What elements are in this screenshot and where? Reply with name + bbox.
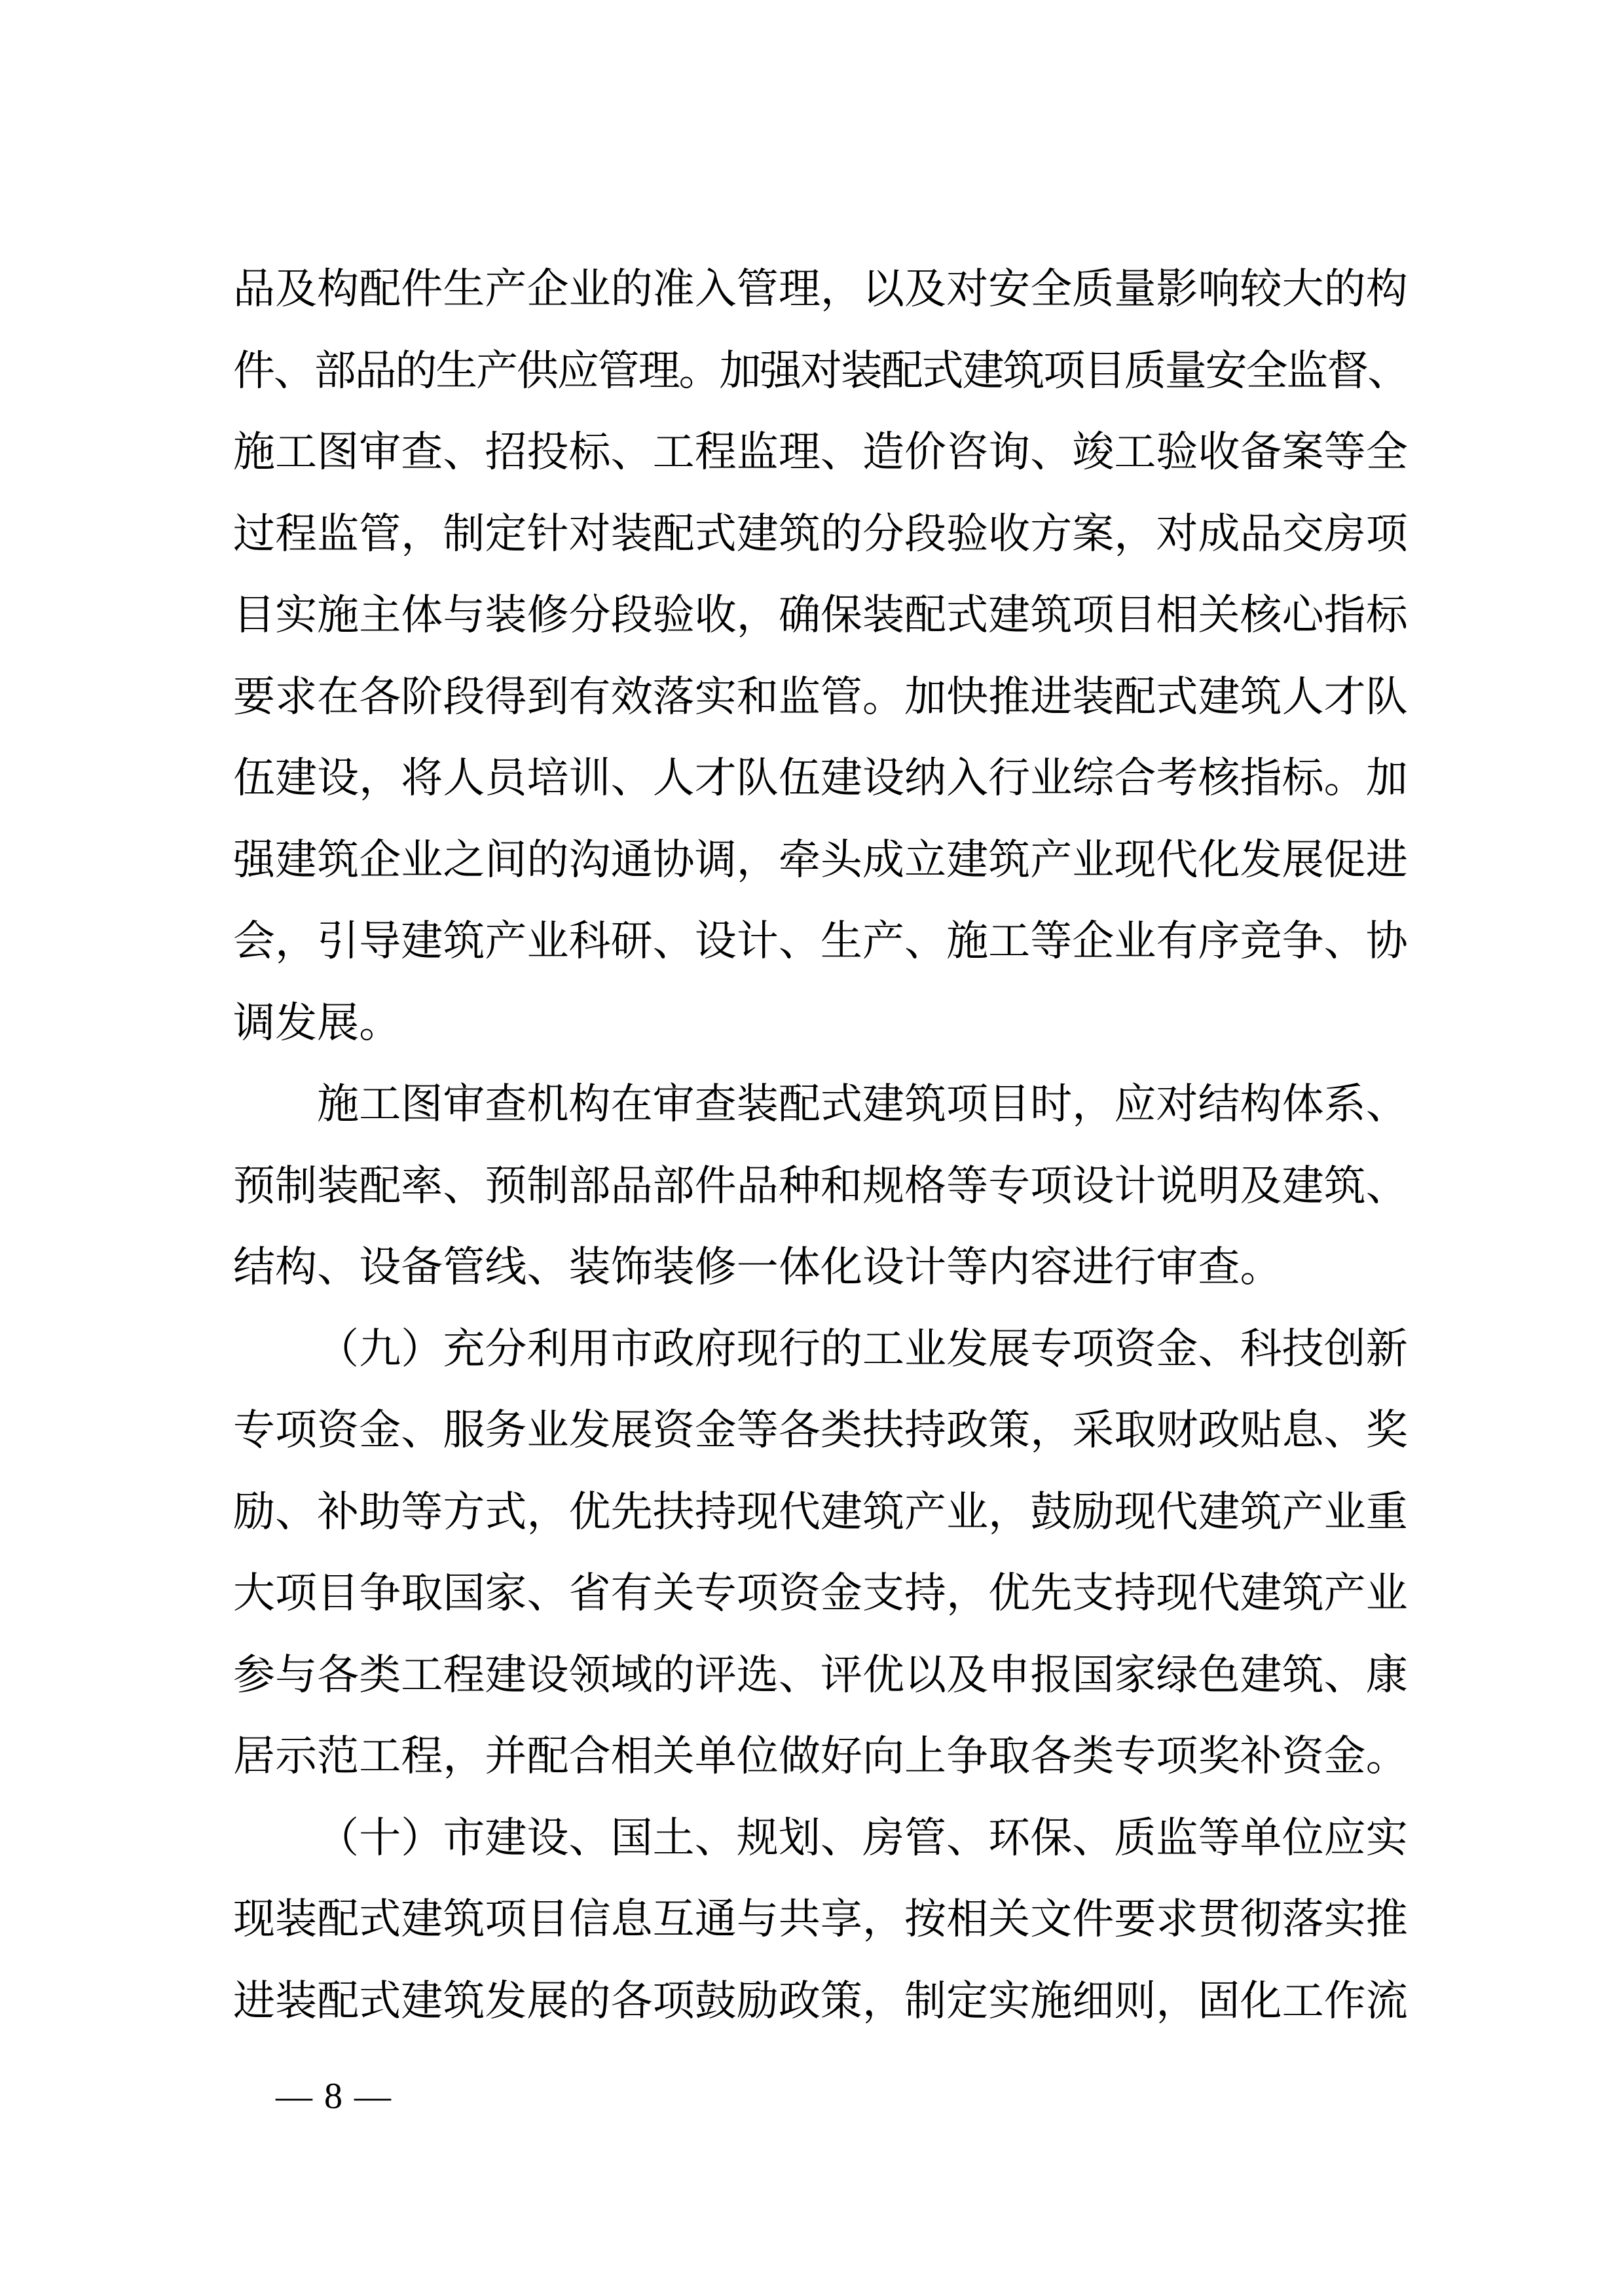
character-cell: 合 <box>569 1715 611 1797</box>
character-cell: 行 <box>1114 1226 1156 1308</box>
character-cell: 项 <box>275 1552 317 1634</box>
character-cell: 项 <box>1072 1308 1114 1390</box>
text-line: 专项资金、服务业发展资金等各类扶持政策，采取财政贴息、奖 <box>233 1389 1408 1471</box>
character-cell: 工 <box>988 900 1030 982</box>
character-cell: 理 <box>779 411 821 493</box>
character-cell: 质 <box>1124 330 1165 412</box>
character-cell: 计 <box>737 900 779 982</box>
character-cell: 评 <box>821 1634 862 1716</box>
character-cell: 目 <box>1084 330 1124 412</box>
character-cell: 业 <box>946 1471 988 1553</box>
character-cell: 入 <box>946 737 988 819</box>
character-cell: 定 <box>485 493 526 575</box>
text-line: 施工图审查、招投标、工程监理、造价咨询、竣工验收备案等全 <box>233 411 1408 493</box>
character-cell: 式 <box>695 493 737 575</box>
character-cell: 配 <box>904 574 946 656</box>
character-cell: 装 <box>485 574 526 656</box>
character-cell: 式 <box>946 574 988 656</box>
character-cell: 现 <box>1114 819 1156 901</box>
character-cell: 工 <box>401 1634 443 1716</box>
character-cell: 配 <box>779 1063 821 1145</box>
character-cell: 配 <box>1114 656 1156 738</box>
character-cell: 细 <box>1072 1960 1114 2042</box>
character-cell: 科 <box>569 900 611 982</box>
character-cell: 确 <box>779 574 821 656</box>
character-cell: ， <box>359 737 401 819</box>
text-line: 参与各类工程建设领域的评选、评优以及申报国家绿色建筑、康 <box>233 1634 1408 1716</box>
character-cell: 各 <box>1030 1715 1072 1797</box>
character-cell: 大 <box>1282 248 1324 330</box>
character-cell: 、 <box>443 411 485 493</box>
character-cell: 财 <box>1156 1389 1198 1471</box>
character-cell: 领 <box>569 1634 611 1716</box>
character-cell: 建 <box>1198 1471 1240 1553</box>
character-cell: 促 <box>1324 819 1366 901</box>
character-cell: 策 <box>821 1960 862 2042</box>
character-cell: 和 <box>821 1145 862 1227</box>
character-cell: 、 <box>779 1634 821 1716</box>
character-cell: 政 <box>1198 1389 1240 1471</box>
character-cell: 竣 <box>1072 411 1114 493</box>
character-cell: 建 <box>485 1634 526 1716</box>
character-cell: 类 <box>359 1634 401 1716</box>
character-cell: 验 <box>653 574 695 656</box>
character-cell: 方 <box>1030 493 1072 575</box>
character-cell: 互 <box>653 1878 695 1960</box>
character-cell: 建 <box>275 737 317 819</box>
character-cell: 导 <box>359 900 401 982</box>
character-cell: 设 <box>1072 1145 1114 1227</box>
character-cell: 品 <box>611 1145 653 1227</box>
character-cell: 贯 <box>1198 1878 1240 1960</box>
character-cell: 预 <box>233 1145 275 1227</box>
character-cell: 。 <box>1366 1715 1408 1797</box>
character-cell: 生 <box>821 900 862 982</box>
character-cell: 员 <box>485 737 526 819</box>
character-cell: 施 <box>233 411 275 493</box>
character-cell: 。 <box>1240 1226 1282 1308</box>
character-cell: 才 <box>1324 656 1366 738</box>
character-cell: 理 <box>779 248 821 330</box>
character-cell: 化 <box>821 1226 862 1308</box>
character-cell: 国 <box>1072 1634 1114 1716</box>
text-line: （九）充分利用市政府现行的工业发展专项资金、科技创新 <box>233 1308 1408 1390</box>
character-cell: 全 <box>1246 330 1286 412</box>
character-cell: 项 <box>1156 1715 1198 1797</box>
character-cell: 协 <box>1366 900 1408 982</box>
character-cell: 化 <box>1198 819 1240 901</box>
character-cell: 展 <box>611 1389 653 1471</box>
character-cell: 项 <box>653 1960 695 2042</box>
character-cell: 品 <box>737 1145 779 1227</box>
character-cell: 目 <box>1114 574 1156 656</box>
character-cell: 取 <box>1114 1389 1156 1471</box>
character-cell: 、 <box>1198 1308 1240 1390</box>
character-cell: 专 <box>1114 1715 1156 1797</box>
character-cell: 现 <box>1114 1471 1156 1553</box>
character-cell: 装 <box>841 330 881 412</box>
character-cell: 及 <box>275 248 317 330</box>
character-cell: 建 <box>862 1063 904 1145</box>
character-cell: 安 <box>988 248 1030 330</box>
character-cell: ， <box>1114 493 1156 575</box>
character-cell: 类 <box>1072 1715 1114 1797</box>
character-cell: 收 <box>988 493 1030 575</box>
character-cell: 、 <box>611 737 653 819</box>
character-cell: 现 <box>737 1308 779 1390</box>
character-cell: 优 <box>988 1552 1030 1634</box>
character-cell: 选 <box>737 1634 779 1716</box>
character-cell: 项 <box>1043 330 1084 412</box>
character-cell: ） <box>401 1797 443 1879</box>
character-cell: 对 <box>800 330 841 412</box>
character-cell: 建 <box>1282 1145 1324 1227</box>
character-cell: 标 <box>1366 574 1408 656</box>
character-cell: 验 <box>946 493 988 575</box>
character-cell: 构 <box>1366 248 1408 330</box>
character-cell: 康 <box>1366 1634 1408 1716</box>
character-cell: 专 <box>988 1145 1030 1227</box>
character-cell: 资 <box>1282 1715 1324 1797</box>
character-cell: 有 <box>1156 900 1198 982</box>
character-cell: 、 <box>904 900 946 982</box>
character-cell: 、 <box>1366 1063 1408 1145</box>
character-cell: 现 <box>737 1471 779 1553</box>
character-cell: 实 <box>1324 1878 1366 1960</box>
character-cell: 阶 <box>401 656 443 738</box>
character-cell: 重 <box>1366 1471 1408 1553</box>
character-cell: 质 <box>1072 248 1114 330</box>
character-cell: 设 <box>862 737 904 819</box>
character-cell: 工 <box>862 1308 904 1390</box>
character-cell: 施 <box>317 574 359 656</box>
character-cell: 企 <box>526 248 568 330</box>
character-cell: 备 <box>401 1226 443 1308</box>
character-cell: 项 <box>946 1063 988 1145</box>
character-cell: 关 <box>653 1715 695 1797</box>
character-cell: 与 <box>275 1634 317 1716</box>
character-cell: 结 <box>1198 1063 1240 1145</box>
character-cell: 查 <box>1198 1226 1240 1308</box>
character-cell: 成 <box>1198 493 1240 575</box>
character-cell: 建 <box>401 1878 443 1960</box>
character-cell: 成 <box>862 819 904 901</box>
character-cell: 金 <box>695 1389 737 1471</box>
character-cell: 励 <box>1072 1471 1114 1553</box>
character-cell: 过 <box>233 493 275 575</box>
character-cell: 强 <box>760 330 800 412</box>
character-cell: 取 <box>988 1715 1030 1797</box>
character-cell: ， <box>862 1878 904 1960</box>
character-cell: 文 <box>1030 1878 1072 1960</box>
character-cell: 金 <box>1156 1308 1198 1390</box>
character-cell: ， <box>443 1715 485 1797</box>
character-cell: 产 <box>1030 819 1072 901</box>
text-line: 预制装配率、预制部品部件品种和规格等专项设计说明及建筑、 <box>233 1145 1408 1227</box>
character-cell: 价 <box>904 411 946 493</box>
character-cell: 线 <box>485 1226 526 1308</box>
character-cell: 装 <box>653 1226 695 1308</box>
character-cell: 业 <box>526 900 568 982</box>
character-cell: 单 <box>695 1715 737 1797</box>
character-cell: 色 <box>1198 1634 1240 1716</box>
character-cell: 图 <box>401 1063 443 1145</box>
character-cell: 效 <box>611 656 653 738</box>
character-cell: 件 <box>401 248 443 330</box>
character-cell: 快 <box>946 656 988 738</box>
character-cell: 流 <box>1366 1960 1408 2042</box>
character-cell: 制 <box>443 493 485 575</box>
character-cell: 。 <box>359 982 401 1064</box>
character-cell: 案 <box>1072 493 1114 575</box>
character-cell: 争 <box>1282 900 1324 982</box>
character-cell: 调 <box>695 819 737 901</box>
character-cell: 、 <box>317 1226 359 1308</box>
character-cell: 率 <box>401 1145 443 1227</box>
character-cell: 方 <box>443 1471 485 1553</box>
character-cell: 持 <box>1114 1552 1156 1634</box>
character-cell: 品 <box>233 248 275 330</box>
character-cell: 房 <box>1324 493 1366 575</box>
character-cell: 段 <box>904 493 946 575</box>
character-cell: 建 <box>1240 1552 1282 1634</box>
text-line: 强建筑企业之间的沟通协调，牵头成立建筑产业现代化发展促进 <box>233 819 1408 901</box>
character-cell: 一 <box>737 1226 779 1308</box>
character-cell: 分 <box>485 1308 526 1390</box>
character-cell: 建 <box>821 1471 862 1553</box>
character-cell: 优 <box>569 1471 611 1553</box>
character-cell: 金 <box>821 1552 862 1634</box>
character-cell: 业 <box>1324 1471 1366 1553</box>
character-cell: 项 <box>1030 1145 1072 1227</box>
character-cell: 的 <box>821 1308 862 1390</box>
character-cell: 省 <box>569 1552 611 1634</box>
character-cell: 招 <box>485 411 526 493</box>
character-cell: 加 <box>1366 737 1408 819</box>
character-cell: 规 <box>862 1145 904 1227</box>
character-cell: 立 <box>904 819 946 901</box>
character-cell: 发 <box>946 1308 988 1390</box>
character-cell: 指 <box>1240 737 1282 819</box>
character-cell: 目 <box>317 1552 359 1634</box>
character-cell: 预 <box>485 1145 526 1227</box>
character-cell: 大 <box>233 1552 275 1634</box>
character-cell: 时 <box>1030 1063 1072 1145</box>
character-cell: 务 <box>485 1389 526 1471</box>
character-cell: 定 <box>946 1960 988 2042</box>
character-cell: 的 <box>569 1960 611 2042</box>
character-cell: 向 <box>862 1715 904 1797</box>
character-cell: 先 <box>611 1471 653 1553</box>
character-cell: ， <box>737 819 779 901</box>
character-cell: 设 <box>359 1226 401 1308</box>
character-cell: 在 <box>317 656 359 738</box>
character-cell: 构 <box>275 1226 317 1308</box>
character-cell: 计 <box>1114 1145 1156 1227</box>
character-cell: 对 <box>1156 493 1198 575</box>
character-cell: ， <box>526 1471 568 1553</box>
character-cell: 市 <box>443 1797 485 1879</box>
character-cell: 询 <box>988 411 1030 493</box>
character-cell: 验 <box>1156 411 1198 493</box>
character-cell: 、 <box>1324 1634 1366 1716</box>
character-cell: 、 <box>1072 1797 1114 1879</box>
character-cell: 做 <box>779 1715 821 1797</box>
character-cell: 实 <box>988 1960 1030 2042</box>
character-cell: 队 <box>1366 656 1408 738</box>
character-cell: 国 <box>611 1797 653 1879</box>
character-cell: 通 <box>611 819 653 901</box>
text-line: 居示范工程，并配合相关单位做好向上争取各类专项奖补资金。 <box>233 1715 1408 1797</box>
character-cell: 关 <box>1198 574 1240 656</box>
character-cell: 产 <box>485 900 526 982</box>
character-cell: 企 <box>359 819 401 901</box>
character-cell: 业 <box>401 819 443 901</box>
character-cell: 供 <box>517 330 557 412</box>
character-cell: 求 <box>275 656 317 738</box>
character-cell: 加 <box>904 656 946 738</box>
character-cell: 影 <box>1156 248 1198 330</box>
character-cell: 和 <box>737 656 779 738</box>
character-cell: 建 <box>962 330 1003 412</box>
character-cell: 彻 <box>1240 1878 1282 1960</box>
character-cell: 品 <box>355 330 396 412</box>
character-cell: ， <box>1030 1389 1072 1471</box>
character-cell: 行 <box>988 737 1030 819</box>
character-cell: 伍 <box>233 737 275 819</box>
character-cell: 的 <box>395 330 435 412</box>
character-cell: 扶 <box>862 1389 904 1471</box>
character-cell: 应 <box>1324 1797 1366 1879</box>
character-cell: 设 <box>862 1226 904 1308</box>
character-cell: 家 <box>1114 1634 1156 1716</box>
character-cell: 业 <box>1114 900 1156 982</box>
character-cell: 持 <box>904 1552 946 1634</box>
character-cell: 十 <box>359 1797 401 1879</box>
character-cell: 式 <box>922 330 963 412</box>
character-cell: 、 <box>821 1797 862 1879</box>
character-cell: 人 <box>653 737 695 819</box>
character-cell: 以 <box>904 1634 946 1716</box>
character-cell: 筑 <box>443 1960 485 2042</box>
character-cell: 展 <box>988 1308 1030 1390</box>
character-cell: ， <box>1072 1063 1114 1145</box>
character-cell: 参 <box>233 1634 275 1716</box>
character-cell: 监 <box>779 656 821 738</box>
character-cell: 利 <box>526 1308 568 1390</box>
character-cell: 工 <box>1114 411 1156 493</box>
character-cell: 绿 <box>1156 1634 1198 1716</box>
character-cell: 针 <box>526 493 568 575</box>
character-cell: 代 <box>1156 819 1198 901</box>
character-cell: 奖 <box>1198 1715 1240 1797</box>
character-cell: 、 <box>611 411 653 493</box>
character-cell: 安 <box>1206 330 1246 412</box>
text-line: 励、补助等方式，优先扶持现代建筑产业，鼓励现代建筑产业重 <box>233 1471 1408 1553</box>
character-cell: 建 <box>737 493 779 575</box>
character-cell: 落 <box>653 656 695 738</box>
character-cell: 到 <box>526 656 568 738</box>
character-cell: 式 <box>359 1960 401 2042</box>
character-cell: 程 <box>695 411 737 493</box>
character-cell: 筑 <box>317 819 359 901</box>
character-cell: 才 <box>695 737 737 819</box>
character-cell: 项 <box>1072 574 1114 656</box>
character-cell: 展 <box>526 1960 568 2042</box>
character-cell: ， <box>401 493 443 575</box>
character-cell: 量 <box>1165 330 1206 412</box>
character-cell: 业 <box>569 248 611 330</box>
character-cell: 纳 <box>904 737 946 819</box>
character-cell: 计 <box>904 1226 946 1308</box>
character-cell: 制 <box>904 1960 946 2042</box>
character-cell: 伍 <box>779 737 821 819</box>
character-cell: 内 <box>988 1226 1030 1308</box>
character-cell: 家 <box>485 1552 526 1634</box>
character-cell: 装 <box>737 1063 779 1145</box>
text-line: 调发展。 <box>233 982 1408 1064</box>
character-cell: 的 <box>1324 248 1366 330</box>
character-cell: 管 <box>821 656 862 738</box>
character-cell: 投 <box>526 411 568 493</box>
character-cell: 程 <box>275 493 317 575</box>
character-cell: 专 <box>1030 1308 1072 1390</box>
character-cell: 业 <box>1366 1552 1408 1634</box>
character-cell: 交 <box>1282 493 1324 575</box>
character-cell: 式 <box>1156 656 1198 738</box>
character-cell: 监 <box>737 411 779 493</box>
character-cell: 创 <box>1324 1308 1366 1390</box>
character-cell: 指 <box>1324 574 1366 656</box>
character-cell: 申 <box>988 1634 1030 1716</box>
character-cell: 先 <box>1030 1552 1072 1634</box>
character-cell: 奖 <box>1366 1389 1408 1471</box>
character-cell: 间 <box>485 819 526 901</box>
character-cell: 工 <box>275 411 317 493</box>
character-cell: 体 <box>1282 1063 1324 1145</box>
character-cell: 补 <box>1240 1715 1282 1797</box>
character-cell: 房 <box>862 1797 904 1879</box>
character-cell: 九 <box>359 1308 401 1390</box>
character-cell: 资 <box>779 1552 821 1634</box>
character-cell: 产 <box>1282 1471 1324 1553</box>
character-cell: 产 <box>862 900 904 982</box>
character-cell: 、 <box>946 1797 988 1879</box>
character-cell: 监 <box>1286 330 1327 412</box>
character-cell: 沟 <box>569 819 611 901</box>
character-cell: 、 <box>1324 900 1366 982</box>
character-cell: 标 <box>569 411 611 493</box>
character-cell: 各 <box>359 656 401 738</box>
character-cell: 审 <box>443 1063 485 1145</box>
character-cell: 息 <box>1282 1389 1324 1471</box>
character-cell: 案 <box>1282 411 1324 493</box>
character-cell: 等 <box>946 1226 988 1308</box>
character-cell: 对 <box>569 493 611 575</box>
character-cell: 种 <box>779 1145 821 1227</box>
character-cell: 单 <box>1240 1797 1282 1879</box>
character-cell: 服 <box>443 1389 485 1471</box>
character-cell: 施 <box>1030 1960 1072 2042</box>
character-cell: 目 <box>233 574 275 656</box>
character-cell: 按 <box>904 1878 946 1960</box>
character-cell: 划 <box>779 1797 821 1879</box>
character-cell: 国 <box>443 1552 485 1634</box>
character-cell: 标 <box>1282 737 1324 819</box>
character-cell: 鼓 <box>1030 1471 1072 1553</box>
character-cell: 、 <box>274 330 314 412</box>
character-cell: 竞 <box>1240 900 1282 982</box>
